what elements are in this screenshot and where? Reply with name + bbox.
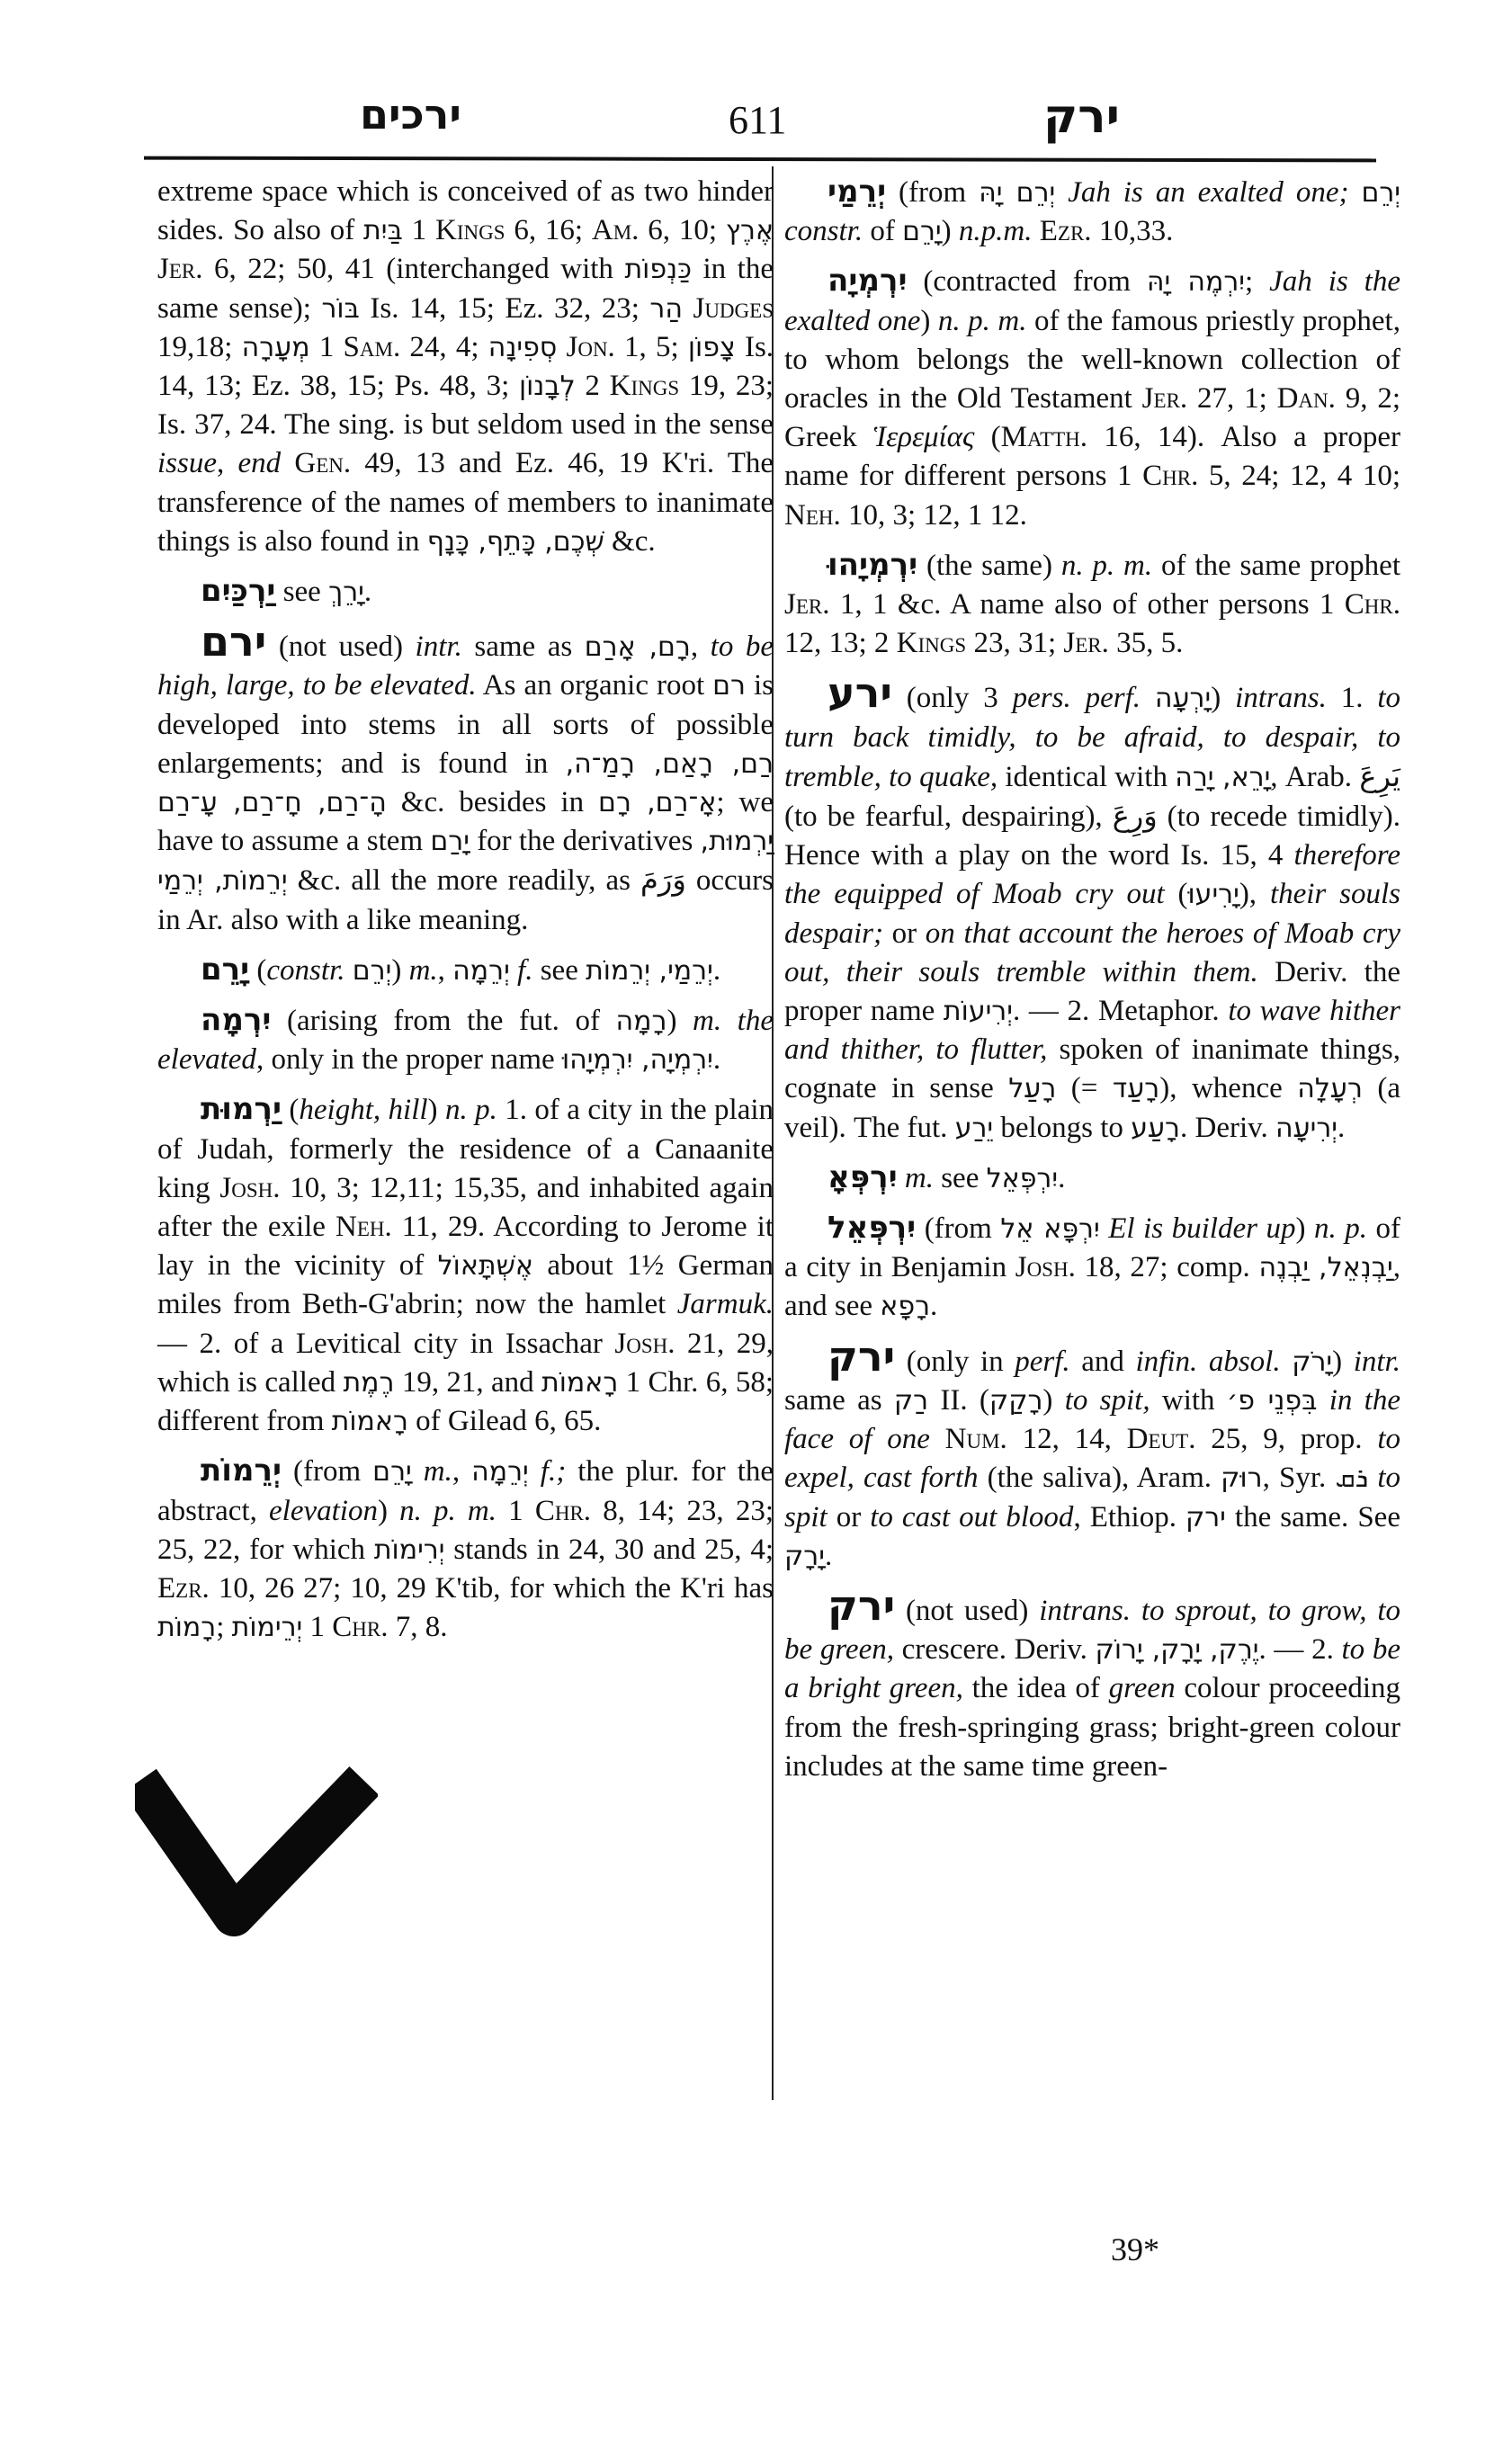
hebrew-word: יָרָק <box>784 1541 825 1572</box>
entry-headword: יַרְמוּת <box>201 1091 282 1127</box>
text: , Syr. <box>1263 1462 1336 1494</box>
hebrew-word: ירק <box>1185 1502 1226 1533</box>
text: ( <box>1165 878 1188 910</box>
hebrew-word: רם <box>712 670 746 702</box>
dictionary-entry: ירע (only 3 pers. perf. יָרְעָה) intrans… <box>784 674 1400 1147</box>
text: of <box>863 215 902 247</box>
book-ref: Ezr. <box>1040 215 1092 247</box>
entry-headword: יִרְמָה <box>201 1002 271 1038</box>
italic-gloss: n. p. m. <box>938 305 1027 337</box>
text: 1. <box>1327 682 1377 714</box>
text: 6, 10; <box>639 214 725 246</box>
text: Is. 14, 15; Ez. 32, 23; <box>360 292 650 325</box>
dictionary-entry: יִרְמְיָה (contracted from יִרְמֶה יָהּ;… <box>784 262 1400 534</box>
greek-word: Ἱερεμίας <box>873 421 975 453</box>
text: or <box>828 1501 871 1533</box>
italic-gloss: constr. <box>266 954 344 987</box>
hebrew-word: יָרַם <box>430 826 470 857</box>
book-ref: Ezr. <box>157 1572 210 1605</box>
hebrew-word: יְרִימוֹת <box>374 1534 445 1566</box>
italic-gloss: m. <box>409 954 438 987</box>
book-ref: Gen. <box>294 447 351 479</box>
handwritten-checkmark-icon <box>135 1763 378 1943</box>
text: 6, 16; <box>505 214 592 246</box>
italic-gloss: n. p. <box>445 1094 497 1126</box>
entry-headword: יִרְפְּאָ <box>828 1159 898 1195</box>
dictionary-entry: ירק (only in perf. and infin. absol. יָר… <box>784 1337 1400 1576</box>
text: (from <box>282 1455 372 1488</box>
book-ref: Josh. <box>614 1328 675 1360</box>
text: same as <box>784 1384 894 1417</box>
italic-gloss: to spit, <box>1065 1384 1150 1417</box>
text: (the same) <box>917 550 1061 582</box>
text: 18, 27; comp. <box>1076 1251 1259 1283</box>
dictionary-entry: יִרְמָה (arising from the fut. of רָמָה)… <box>157 1001 774 1079</box>
entry-headword: יִרְמְיָה <box>828 263 907 299</box>
text: the idea of <box>963 1672 1109 1704</box>
hebrew-word: יְרִיעָה <box>1275 1113 1338 1144</box>
text: (to be fearful, despairing), <box>784 800 1113 833</box>
dictionary-entry: יִרְפְּאֵל (from יִרְפָּא אֵל El is buil… <box>784 1209 1400 1327</box>
book-ref: Chr. <box>535 1495 591 1527</box>
text: . Deriv. <box>1180 1112 1275 1144</box>
entry-headword: ירם <box>201 617 266 666</box>
text: . <box>364 576 371 608</box>
hebrew-word: אָ־רַם, רָם <box>598 787 716 818</box>
hebrew-word: רָמָה <box>616 1006 667 1037</box>
hebrew-word: סְפִינָה <box>488 332 558 363</box>
italic-gloss: perf. <box>1015 1346 1069 1378</box>
hebrew-word: יִרְמְיָה, יִרְמְיָהוּ <box>562 1044 713 1076</box>
italic-gloss: intr. <box>416 630 462 663</box>
entry-headword: יַרְכַּיִם <box>201 573 275 609</box>
book-ref: Neh. <box>784 499 841 532</box>
arabic-word: وَرِعَ <box>1113 799 1158 833</box>
text: (the saliva), Aram. <box>979 1462 1221 1494</box>
hebrew-word: יְרֵימוֹת <box>232 1612 303 1643</box>
text: 1 <box>310 331 344 363</box>
text: 2 <box>576 370 610 402</box>
hebrew-word: יָרֵם <box>372 1456 412 1488</box>
hebrew-word: בַּיִת <box>363 215 403 246</box>
text: . — 2. Metaphor. <box>1013 995 1228 1027</box>
hebrew-word: יָרְעָה <box>1155 683 1211 714</box>
dictionary-entry: יָרֵם (constr. יְרֵם) m., יְרֵמָה f. see… <box>157 951 774 990</box>
text: stands in 24, 30 and 25, 4; <box>444 1533 774 1566</box>
hebrew-word: רְעָלָה <box>1297 1073 1363 1104</box>
text <box>1141 682 1155 714</box>
text: (not used) <box>266 630 415 663</box>
book-ref: Num. <box>945 1423 1007 1455</box>
hebrew-word: יְרֵם יָהּ <box>979 177 1055 209</box>
text: ; <box>1245 265 1269 298</box>
book-ref: Deut. <box>1127 1423 1196 1455</box>
hebrew-word: יְרֵמַי, יְרֵמוֹת <box>586 955 713 987</box>
text: 23, 31; <box>966 627 1063 659</box>
text: ( <box>282 1094 299 1126</box>
book-ref: Josh. <box>219 1172 280 1204</box>
text: of Gilead 6, 65. <box>408 1405 601 1437</box>
hebrew-word: כַּנְפוֹת <box>624 254 692 285</box>
text <box>1100 1212 1109 1245</box>
italic-gloss: El is builder up <box>1108 1212 1295 1245</box>
italic-gloss: pers. perf. <box>1013 682 1141 714</box>
text: 1 <box>403 214 435 246</box>
hebrew-word: יִרְפָּא אֵל <box>1000 1213 1099 1245</box>
italic-gloss: m. <box>905 1162 934 1194</box>
dictionary-entry: יַרְמוּת (height, hill) n. p. 1. of a ci… <box>157 1090 774 1441</box>
book-ref: Kings <box>897 627 967 659</box>
book-ref: Chr. <box>1345 588 1400 621</box>
book-ref: Neh. <box>336 1211 392 1243</box>
dictionary-entry: יַרְכַּיִם see יָרֵךְ. <box>157 572 774 612</box>
hebrew-word: יַבְנְאֵל, יַבְנֶה <box>1258 1252 1392 1283</box>
text: As an organic root <box>477 669 713 702</box>
hebrew-word: רוּק <box>1221 1462 1262 1494</box>
text <box>510 954 517 987</box>
hebrew-word: בִּפְנֵי פ׳ <box>1227 1385 1318 1417</box>
text <box>898 1162 905 1194</box>
hebrew-word: יְרֵמָה <box>452 955 510 987</box>
text: 1, 5; <box>615 331 688 363</box>
entry-headword: יְרֵמוֹת <box>201 1453 282 1489</box>
text: , Arab. <box>1270 761 1359 793</box>
text: ), <box>1239 878 1270 910</box>
book-ref: Jer. <box>1142 382 1187 415</box>
book-ref: Jer. <box>1063 627 1108 659</box>
book-ref: Chr. <box>1142 460 1198 492</box>
hebrew-word: יָרֵא, יָרַה <box>1175 762 1270 793</box>
italic-gloss: green <box>1109 1672 1176 1704</box>
text: 1, 1 &c. A name also of other persons 1 <box>829 588 1344 621</box>
hebrew-word: יְרֵם <box>353 955 392 987</box>
signature-mark: 39* <box>1111 2231 1159 2268</box>
text: see <box>532 954 586 987</box>
book-ref: Kings <box>610 370 680 402</box>
italic-gloss: Jarmuk. <box>677 1288 774 1320</box>
hebrew-word: יֵרַע <box>955 1113 993 1144</box>
text: (from <box>916 1212 1000 1245</box>
text: ) <box>391 954 408 987</box>
italic-gloss: m. <box>424 1455 452 1488</box>
text: (only 3 <box>892 682 1013 714</box>
text: 6, 22; 50, 41 (interchanged with <box>202 253 624 285</box>
hebrew-word: יָרֵךְ <box>328 577 364 608</box>
text: 10, 26 27; 10, 29 K'tib, for which the K… <box>210 1572 774 1605</box>
text <box>1368 1462 1377 1494</box>
dictionary-entry: יִרְפְּאָ m. see יִרְפְּאֵל. <box>784 1158 1400 1198</box>
italic-gloss: infin. absol. <box>1135 1346 1280 1378</box>
italic-gloss: n. p. m. <box>1061 550 1152 582</box>
running-head: ירכים 611 ירק <box>144 90 1376 162</box>
text <box>1055 176 1068 209</box>
hebrew-word: יְרֵמָה <box>471 1456 529 1488</box>
text: ) <box>1332 1346 1354 1378</box>
hebrew-word: רָקַק <box>989 1385 1043 1417</box>
text <box>930 1423 945 1455</box>
dictionary-entry: ירק (not used) intrans. to sprout, to gr… <box>784 1587 1400 1786</box>
text <box>557 331 566 363</box>
text: . <box>1058 1162 1065 1194</box>
hebrew-word: צָפוֹן <box>688 332 736 363</box>
text: ) <box>1295 1212 1314 1245</box>
italic-gloss: Jah is an exalted one; <box>1068 176 1348 209</box>
syriac-word: ܪܩ <box>1335 1462 1368 1494</box>
entry-headword: ירע <box>828 668 892 717</box>
hebrew-word: רָמוֹת <box>157 1612 216 1643</box>
text: (only in <box>895 1346 1015 1378</box>
text: 27, 1; <box>1187 382 1276 415</box>
text: ) <box>1042 1384 1064 1417</box>
italic-gloss: end <box>237 447 281 479</box>
text: , <box>217 447 237 479</box>
entry-headword: ירק <box>828 1581 895 1630</box>
text: — 2. of a Levitical city in Issachar <box>157 1328 614 1360</box>
hebrew-word: יָרֹק <box>1292 1346 1332 1378</box>
text: (arising from the fut. of <box>271 1005 615 1037</box>
page-number: 611 <box>729 97 786 143</box>
italic-gloss: issue <box>157 447 217 479</box>
text <box>1317 1384 1329 1417</box>
running-head-left-word: ירכים <box>360 90 461 139</box>
text: 24, 4; <box>400 331 488 363</box>
italic-gloss: f. <box>517 954 532 987</box>
text: ( <box>974 421 1000 453</box>
text <box>1281 1346 1293 1378</box>
book-ref: Matth. <box>1001 421 1087 453</box>
text: II. ( <box>928 1384 989 1417</box>
hebrew-word: רָאמוֹת <box>541 1367 618 1399</box>
dictionary-entry: ירם (not used) intr. same as רָם, אָרַם,… <box>157 622 774 940</box>
hebrew-word: הַר <box>649 293 683 325</box>
text: crescere. Deriv. <box>894 1633 1096 1666</box>
hebrew-word: רָעַד <box>1113 1073 1159 1104</box>
hebrew-word: רָם, אָרַם <box>585 631 691 663</box>
book-ref: Dan. <box>1277 382 1336 415</box>
text: 10, 3; 12, 1 12. <box>841 499 1027 532</box>
text <box>529 1455 541 1488</box>
italic-gloss: n.p.m. <box>959 215 1033 247</box>
hebrew-word: רֶמֶת <box>343 1367 394 1399</box>
hebrew-word: בּוֹר <box>321 293 359 325</box>
text: 25, 9, prop. <box>1195 1423 1377 1455</box>
hebrew-word: יְרִיעוֹת <box>944 996 1013 1027</box>
text: (from <box>886 176 979 209</box>
hebrew-word: אֶרֶץ <box>726 215 774 246</box>
text: . <box>930 1290 937 1322</box>
text: with <box>1150 1384 1227 1417</box>
text <box>281 447 294 479</box>
text: , <box>691 630 711 663</box>
dictionary-page: ירכים 611 ירק extreme space which is con… <box>0 0 1512 2450</box>
italic-gloss: f.; <box>541 1455 566 1488</box>
text <box>683 292 693 325</box>
text: ) <box>428 1094 445 1126</box>
hebrew-word: רָעַע <box>1131 1113 1180 1144</box>
text: ) <box>920 305 938 337</box>
text: ), whence <box>1159 1072 1297 1104</box>
text: 19, 21, and <box>395 1366 542 1399</box>
text: the same. See <box>1226 1501 1400 1533</box>
italic-gloss: to cast out blood <box>870 1501 1073 1533</box>
left-column: extreme space which is conceived of as t… <box>157 173 774 1658</box>
hebrew-word: לְבָנוֹן <box>519 371 576 402</box>
text: see <box>934 1162 987 1194</box>
hebrew-word: רָאמוֹת <box>332 1406 408 1437</box>
text: &c. all the more readily, as <box>288 864 641 897</box>
dictionary-entry: יְרֵמוֹת (from יָרֵם m., יְרֵמָה f.; the… <box>157 1452 774 1647</box>
hebrew-word: שְׁכֶם, כָּתֵף, כָּנָף <box>427 526 604 558</box>
text: (not used) <box>895 1595 1039 1627</box>
text: ) <box>1211 682 1235 714</box>
text: , <box>452 1455 471 1488</box>
text: 10,33. <box>1092 215 1174 247</box>
italic-gloss: intrans. <box>1235 682 1327 714</box>
text: belongs to <box>993 1112 1131 1144</box>
dictionary-entry: יְרֵמַי (from יְרֵם יָהּ Jah is an exalt… <box>784 173 1400 251</box>
text: ) <box>378 1495 399 1527</box>
text: , only in the proper name <box>256 1043 562 1076</box>
arabic-word: وَرَمَ <box>640 863 686 897</box>
entry-headword: יָרֵם <box>201 952 249 988</box>
hebrew-word: יָרֵם <box>902 216 942 247</box>
text: of the same prophet <box>1152 550 1400 582</box>
text: 1 <box>302 1611 332 1643</box>
text: &c. <box>604 525 656 558</box>
running-head-right-word: ירק <box>1043 90 1120 144</box>
italic-gloss: intr. <box>1354 1346 1400 1378</box>
text <box>412 1455 424 1488</box>
hebrew-word: רָפָא <box>880 1291 930 1322</box>
continuation-paragraph: extreme space which is conceived of as t… <box>157 173 774 561</box>
text: 12, 13; 2 <box>784 627 897 659</box>
hebrew-word: מְעָרָה <box>242 332 310 363</box>
text: see <box>275 576 328 608</box>
text: ) <box>942 215 959 247</box>
italic-gloss: constr. <box>784 215 863 247</box>
hebrew-word: יֶרֶק, יָרָק, יָרוֹק <box>1096 1634 1259 1666</box>
hebrew-word: רָעַל <box>1008 1073 1056 1104</box>
text: for the derivatives <box>470 825 701 857</box>
dictionary-entry: יִרְמְיָהוּ (the same) n. p. m. of the s… <box>784 546 1400 664</box>
italic-gloss: height, hill <box>299 1094 427 1126</box>
entry-headword: יִרְמְיָהוּ <box>828 547 917 583</box>
text: . <box>713 954 720 987</box>
text: 35, 5. <box>1109 627 1184 659</box>
arabic-word: يَرِعَ <box>1359 759 1400 793</box>
text: ) <box>667 1005 693 1037</box>
text: ; <box>216 1611 231 1643</box>
text: 5, 24; 12, 4 10; <box>1198 460 1400 492</box>
text: &c. besides in <box>387 786 598 818</box>
italic-gloss: elevation <box>269 1495 378 1527</box>
book-ref: Jer. <box>784 588 829 621</box>
entry-headword: ירק <box>828 1332 895 1381</box>
text: . <box>825 1540 832 1572</box>
text: , Ethiop. <box>1073 1501 1185 1533</box>
hebrew-word: יָרִיעוּ <box>1188 879 1239 910</box>
hebrew-word: יִרְמֶה יָהּ <box>1147 266 1245 298</box>
book-ref: Kings <box>435 214 505 246</box>
italic-gloss: n. p. <box>1314 1212 1367 1245</box>
italic-gloss: n. p. m. <box>399 1495 497 1527</box>
text: identical with <box>998 761 1175 793</box>
entry-headword: יְרֵמַי <box>828 174 886 210</box>
book-ref: Sam. <box>344 331 401 363</box>
book-ref: Jer. <box>157 253 202 285</box>
entry-headword: יִרְפְּאֵל <box>828 1210 916 1246</box>
text: (contracted from <box>907 265 1146 298</box>
text: ( <box>249 954 266 987</box>
text: . <box>1338 1112 1345 1144</box>
text: same as <box>462 630 585 663</box>
hebrew-word: יְרֵם <box>1361 177 1400 209</box>
book-ref: Jon. <box>567 331 615 363</box>
text: (= <box>1056 1072 1113 1104</box>
book-ref: Chr. <box>332 1611 388 1643</box>
text: or <box>883 917 926 950</box>
text <box>1033 215 1040 247</box>
text <box>1349 176 1362 209</box>
text: and <box>1070 1346 1136 1378</box>
text: 19,18; <box>157 331 242 363</box>
hebrew-word: יִרְפְּאֵל <box>987 1163 1058 1194</box>
right-column: יְרֵמַי (from יְרֵם יָהּ Jah is an exalt… <box>784 173 1400 1797</box>
text: , <box>438 954 453 987</box>
text: 12, 14, <box>1007 1423 1127 1455</box>
hebrew-word: רַק <box>894 1385 928 1417</box>
hebrew-word: אֶשְׁתָּאוֹל <box>438 1250 533 1282</box>
text: . <box>713 1043 720 1076</box>
text: 1 <box>497 1495 535 1527</box>
book-ref: Josh. <box>1015 1251 1076 1283</box>
text: . — 2. <box>1258 1633 1341 1666</box>
book-ref: Am. <box>592 214 640 246</box>
book-ref: Judges <box>693 292 774 325</box>
text: 7, 8. <box>388 1611 447 1643</box>
